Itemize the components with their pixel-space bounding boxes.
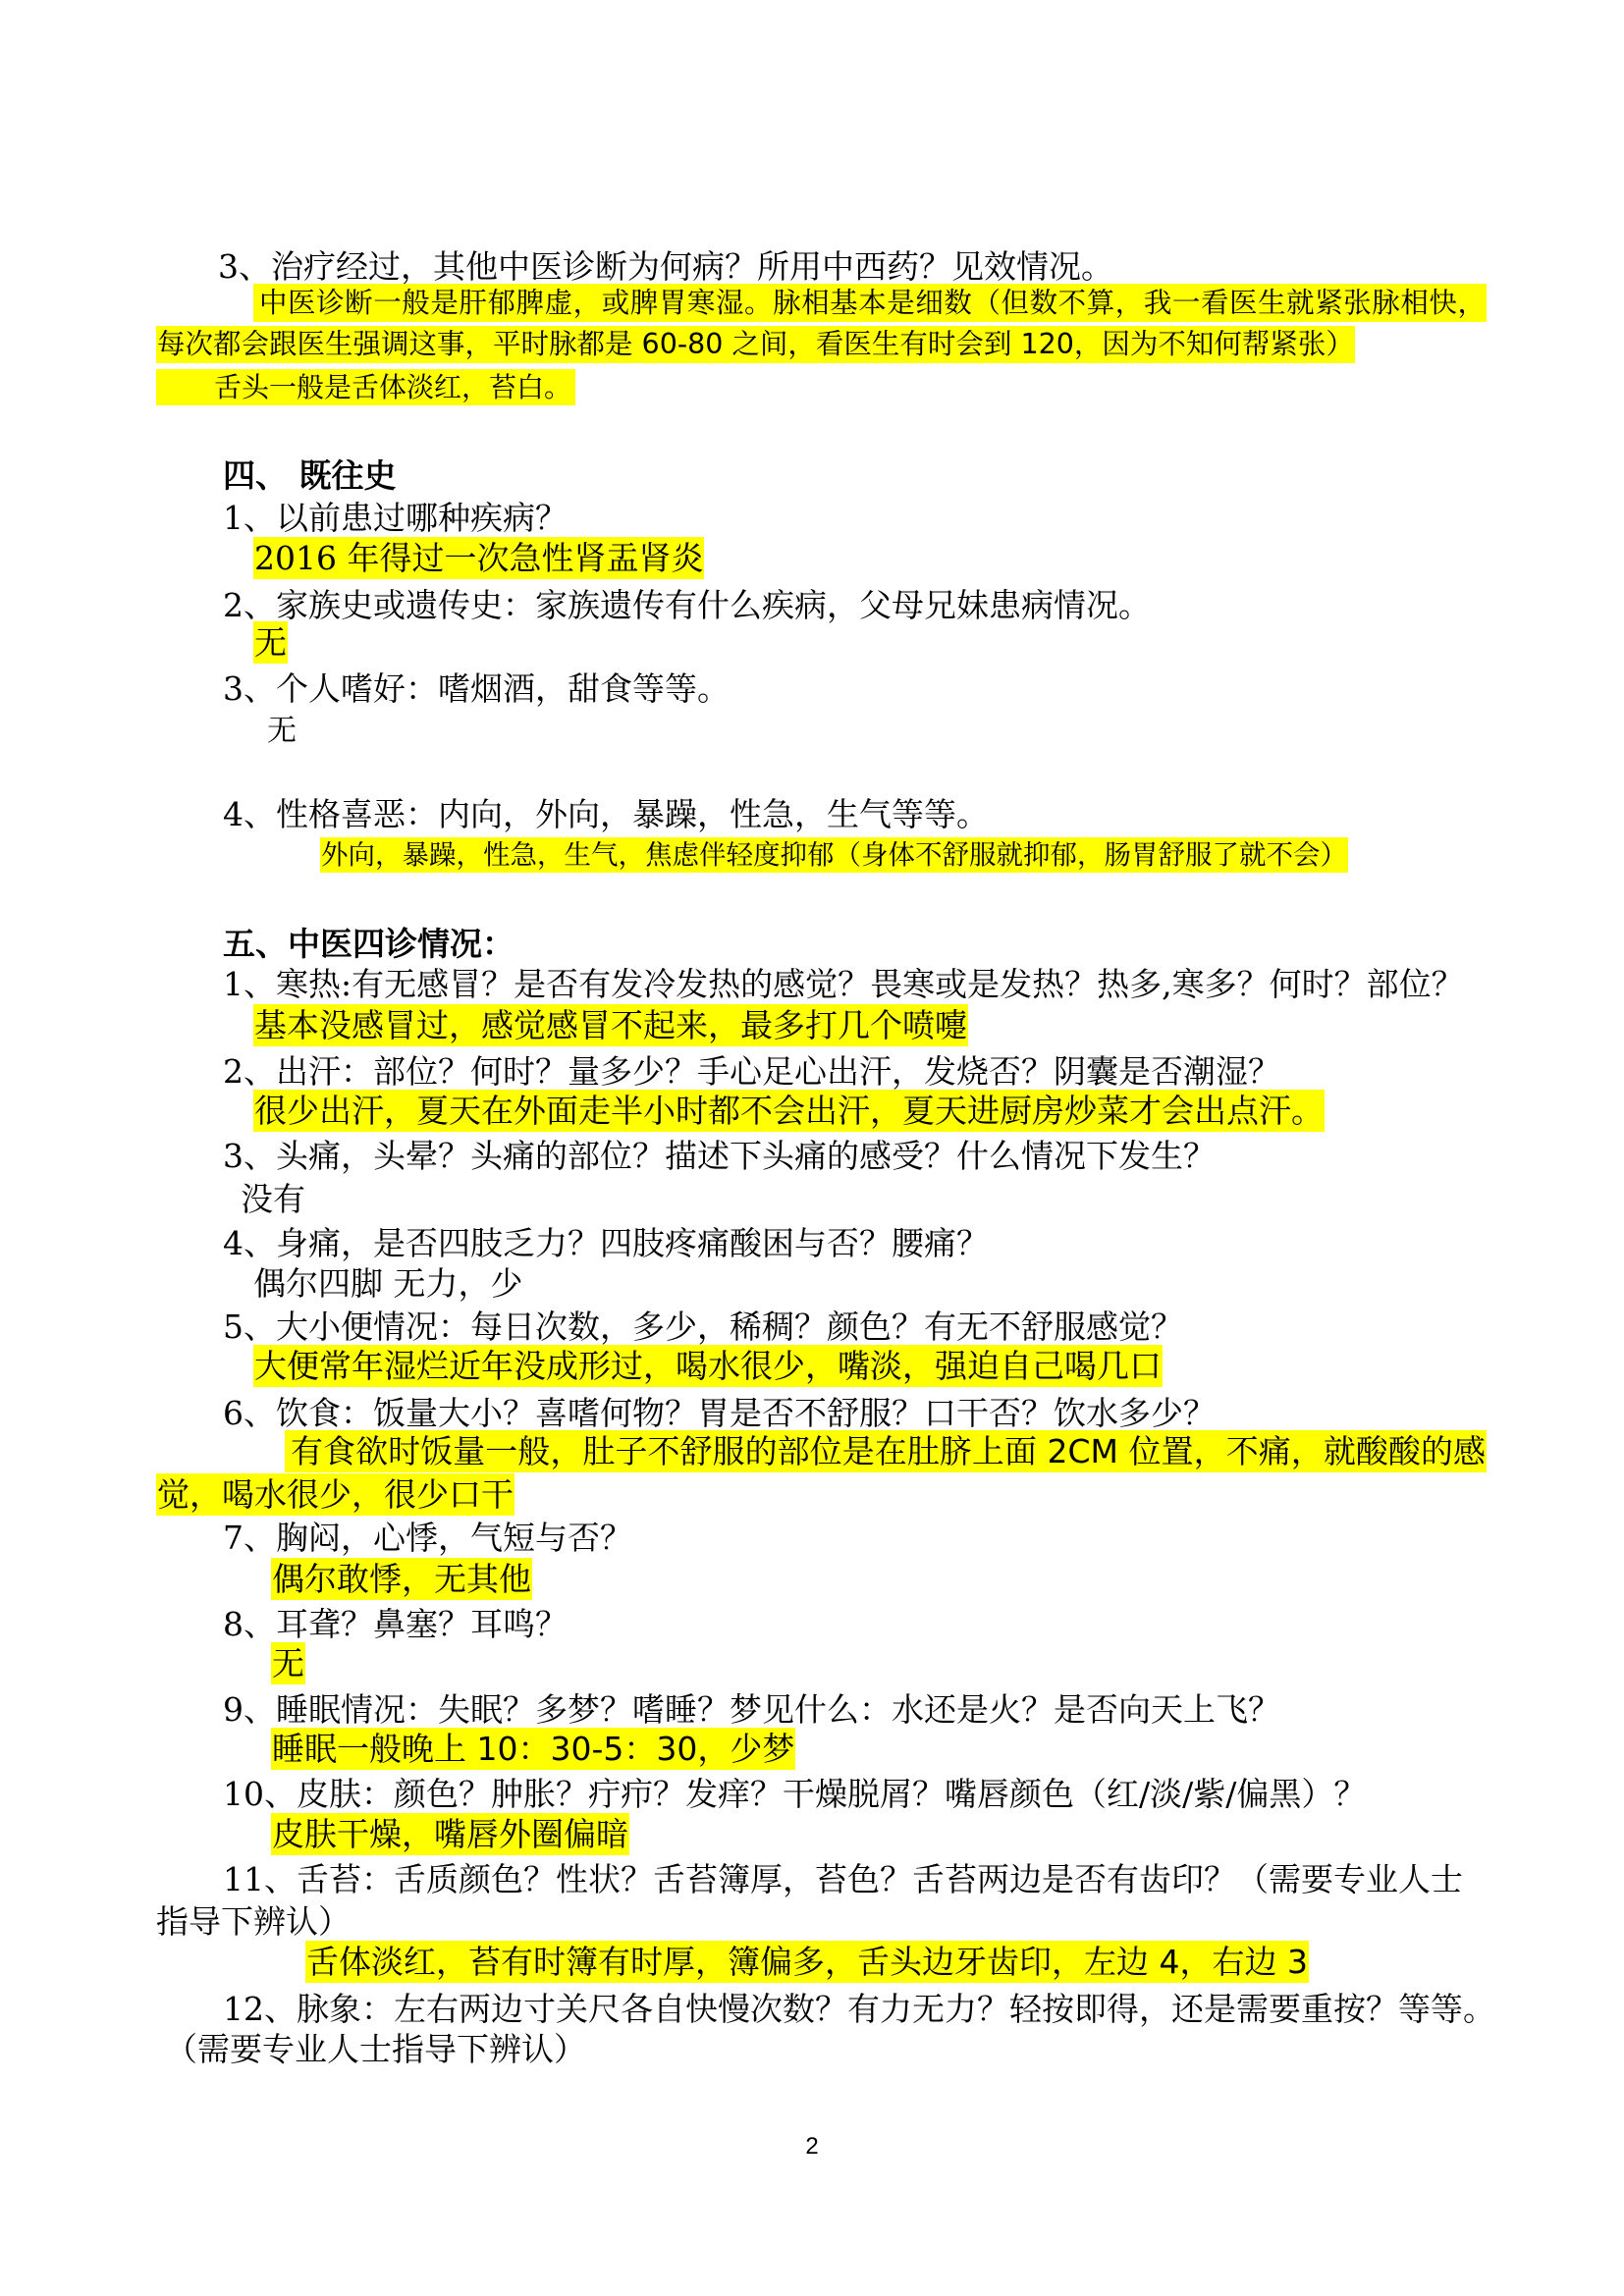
answer-line-continued: 觉，喝水很少，很少口干 (156, 1473, 514, 1516)
question-text: 10、皮肤：颜色？肿胀？疔疖？发痒？干燥脱屑？嘴唇颜色（红/淡/紫/偏黑）？ (223, 1773, 1366, 1816)
question-text: 6、饮食：饭量大小？喜嗜何物？胃是否不舒服？口干否？饮水多少？ (223, 1392, 1216, 1435)
answer-line: 大便常年湿烂近年没成形过，喝水很少，嘴淡，强迫自己喝几口 (253, 1345, 1163, 1387)
question-text: 2、出汗：部位？何时？量多少？手心足心出汗，发烧否？阴囊是否潮湿？ (223, 1050, 1280, 1094)
question-text: 11、舌苔：舌质颜色？性状？舌苔簿厚，苔色？舌苔两边是否有齿印？（需要专业人士 (223, 1858, 1463, 1901)
question-text: 5、大小便情况：每日次数，多少，稀稠？颜色？有无不舒服感觉？ (223, 1306, 1183, 1349)
answer-text: 无 (267, 710, 297, 753)
highlighted-answer-text: 皮肤干燥，嘴唇外圈偏暗 (271, 1813, 629, 1855)
treatment-answer-line-3: 舌头一般是舌体淡红，苔白。 (156, 369, 575, 405)
question-text: 4、性格喜恶：内向，外向，暴躁，性急，生气等等。 (223, 793, 989, 836)
question-text: 1、寒热:有无感冒？是否有发冷发热的感觉？畏寒或是发热？热多,寒多？何时？部位？ (223, 963, 1464, 1006)
highlighted-answer-text: 大便常年湿烂近年没成形过，喝水很少，嘴淡，强迫自己喝几口 (253, 1345, 1163, 1387)
answer-line: 皮肤干燥，嘴唇外圈偏暗 (271, 1813, 629, 1855)
answer-line: 外向，暴躁，性急，生气，焦虑伴轻度抑郁（身体不舒服就抑郁，肠胃舒服了就不会） (320, 837, 1348, 873)
section-heading-past-history: 四、 既往史 (223, 454, 397, 498)
highlighted-answer-text: 2016 年得过一次急性肾盂肾炎 (253, 537, 704, 579)
question-text: 2、家族史或遗传史：家族遗传有什么疾病，父母兄妹患病情况。 (223, 584, 1151, 627)
answer-line: 有食欲时饭量一般，肚子不舒服的部位是在肚脐上面 2CM 位置，不痛，就酸酸的感 (285, 1430, 1487, 1472)
treatment-answer-line-1: 中医诊断一般是肝郁脾虚，或脾胃寒湿。脉相基本是细数（但数不算，我一看医生就紧张脉… (253, 284, 1487, 322)
answer-line: 偶尔敢悸，无其他 (271, 1558, 532, 1600)
highlighted-answer-text: 偶尔敢悸，无其他 (271, 1558, 532, 1600)
highlighted-answer-text: 每次都会跟医生强调这事，平时脉都是 60-80 之间，看医生有时会到 120，因… (156, 326, 1355, 363)
question-text: 7、胸闷，心悸，气短与否？ (223, 1517, 632, 1560)
highlighted-answer-text: 很少出汗，夏天在外面走半小时都不会出汗，夏天进厨房炒菜才会出点汗。 (253, 1090, 1325, 1132)
highlighted-answer-text: 睡眠一般晚上 10：30-5：30，少梦 (271, 1728, 795, 1770)
answer-line: 基本没感冒过，感觉感冒不起来，最多打几个喷嚏 (253, 1004, 968, 1046)
answer-line: 无 (271, 1642, 305, 1684)
answer-line: 舌体淡红，苔有时簿有时厚，簿偏多，舌头边牙齿印，左边 4，右边 3 (305, 1941, 1309, 1983)
answer-line: 2016 年得过一次急性肾盂肾炎 (253, 537, 704, 579)
highlighted-answer-text: 无 (271, 1642, 305, 1684)
answer-line: 无 (253, 621, 288, 664)
section-heading-tcm-diagnosis: 五、中医四诊情况： (223, 923, 514, 966)
highlighted-answer-text: 基本没感冒过，感觉感冒不起来，最多打几个喷嚏 (253, 1004, 968, 1046)
page-number: 2 (797, 2132, 827, 2162)
question-text: 9、睡眠情况：失眠？多梦？嗜睡？梦见什么：水还是火？是否向天上飞？ (223, 1688, 1280, 1732)
question-text: 3、头痛，头晕？头痛的部位？描述下头痛的感受？什么情况下发生？ (223, 1135, 1216, 1178)
question-text: 12、脉象：左右两边寸关尺各自快慢次数？有力无力？轻按即得，还是需要重按？等等。 (223, 1988, 1495, 2031)
highlighted-answer-text: 舌头一般是舌体淡红，苔白。 (156, 369, 575, 405)
question-text: 3、个人嗜好：嗜烟酒，甜食等等。 (223, 667, 730, 711)
question-text-continued: （需要专业人士指导下辨认） (165, 2028, 586, 2071)
question-text: 4、身痛，是否四肢乏力？四肢疼痛酸困与否？腰痛？ (223, 1222, 989, 1265)
question-text-continued: 指导下辨认） (156, 1900, 351, 1944)
answer-text: 偶尔四脚 无力，少 (253, 1262, 523, 1306)
highlighted-answer-text: 无 (253, 621, 288, 664)
treatment-answer-line-2: 每次都会跟医生强调这事，平时脉都是 60-80 之间，看医生有时会到 120，因… (156, 326, 1355, 363)
answer-text: 没有 (241, 1178, 305, 1221)
answer-line: 很少出汗，夏天在外面走半小时都不会出汗，夏天进厨房炒菜才会出点汗。 (253, 1090, 1325, 1132)
question-text: 1、以前患过哪种疾病？ (223, 497, 568, 540)
question-text: 8、耳聋？鼻塞？耳鸣？ (223, 1603, 568, 1646)
treatment-question: 3、治疗经过，其他中医诊断为何病？所用中西药？见效情况。 (218, 245, 1113, 289)
answer-line: 睡眠一般晚上 10：30-5：30，少梦 (271, 1728, 795, 1770)
highlighted-answer-text: 舌体淡红，苔有时簿有时厚，簿偏多，舌头边牙齿印，左边 4，右边 3 (305, 1941, 1309, 1983)
highlighted-answer-text: 中医诊断一般是肝郁脾虚，或脾胃寒湿。脉相基本是细数（但数不算，我一看医生就紧张脉… (253, 284, 1487, 322)
highlighted-answer-text: 觉，喝水很少，很少口干 (156, 1473, 514, 1516)
highlighted-answer-text: 外向，暴躁，性急，生气，焦虑伴轻度抑郁（身体不舒服就抑郁，肠胃舒服了就不会） (320, 837, 1348, 873)
highlighted-answer-text: 有食欲时饭量一般，肚子不舒服的部位是在肚脐上面 2CM 位置，不痛，就酸酸的感 (285, 1430, 1487, 1472)
